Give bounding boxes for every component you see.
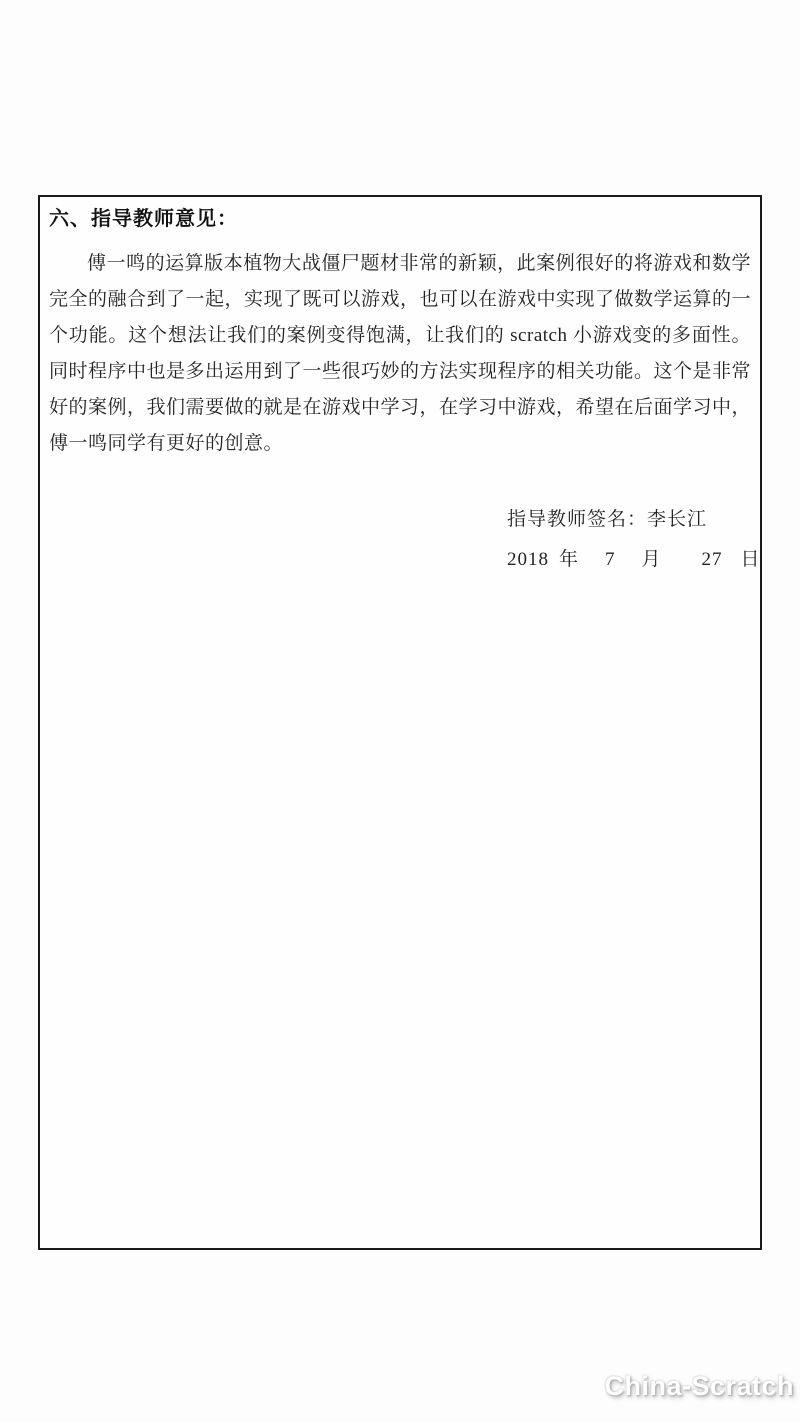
date-day-unit: 日 [741,549,761,570]
section-heading: 六、指导教师意见： [49,204,751,234]
date-month: 7 [605,549,616,570]
teacher-comment-section: 六、指导教师意见： 傅一鸣的运算版本植物大战僵尸题材非常的新颖，此案例很好的将游… [38,195,762,1250]
date-year: 2018 [507,549,549,570]
signature-label: 指导教师签名： [507,509,647,530]
signature-line: 指导教师签名：李长江 [507,502,751,538]
teacher-comment-paragraph: 傅一鸣的运算版本植物大战僵尸题材非常的新颖，此案例很好的将游戏和数学完全的融合到… [49,246,751,462]
date-month-unit: 月 [642,549,662,570]
date-line: 2018年7月27日 [507,542,751,578]
signature-block: 指导教师签名：李长江 2018年7月27日 [49,502,751,578]
signature-name: 李长江 [647,509,707,530]
document-page: 六、指导教师意见： 傅一鸣的运算版本植物大战僵尸题材非常的新颖，此案例很好的将游… [0,0,800,1422]
date-year-unit: 年 [559,549,579,570]
date-day: 27 [702,549,723,570]
china-scratch-watermark: China-Scratch [604,1371,794,1402]
